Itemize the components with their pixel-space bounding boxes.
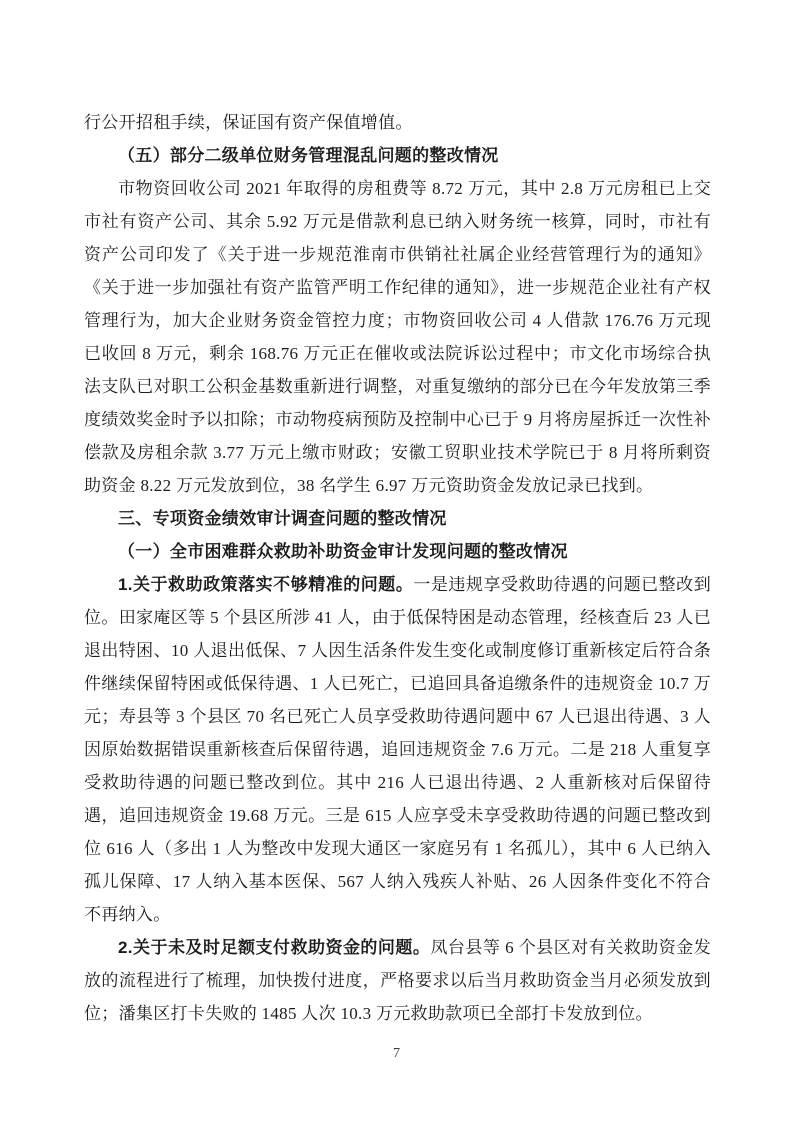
paragraph: 1.关于救助政策落实不够精准的问题。一是违规享受救助待遇的问题已整改到位。田家庵…	[84, 568, 711, 931]
chapter-heading: 三、专项资金绩效审计调查问题的整改情况	[84, 502, 711, 535]
paragraph-lead: 1.关于救助政策落实不够精准的问题。	[118, 575, 413, 594]
document-page: 行公开招租手续，保证国有资产保值增值。（五）部分二级单位财务管理混乱问题的整改情…	[0, 0, 793, 1122]
document-body: 行公开招租手续，保证国有资产保值增值。（五）部分二级单位财务管理混乱问题的整改情…	[84, 106, 711, 1030]
section-heading: （一）全市困难群众救助补助资金审计发现问题的整改情况	[84, 535, 711, 568]
paragraph-continuation: 行公开招租手续，保证国有资产保值增值。	[84, 106, 711, 139]
paragraph: 市物资回收公司 2021 年取得的房租费等 8.72 万元，其中 2.8 万元房…	[84, 172, 711, 502]
paragraph-text: 一是违规享受救助待遇的问题已整改到位。田家庵区等 5 个县区所涉 41 人，由于…	[84, 575, 711, 924]
section-heading: （五）部分二级单位财务管理混乱问题的整改情况	[84, 139, 711, 172]
paragraph: 2.关于未及时足额支付救助资金的问题。凤台县等 6 个县区对有关救助资金发放的流…	[84, 931, 711, 1030]
paragraph-lead: 2.关于未及时足额支付救助资金的问题。	[118, 938, 430, 957]
page-number: 7	[0, 1044, 793, 1064]
